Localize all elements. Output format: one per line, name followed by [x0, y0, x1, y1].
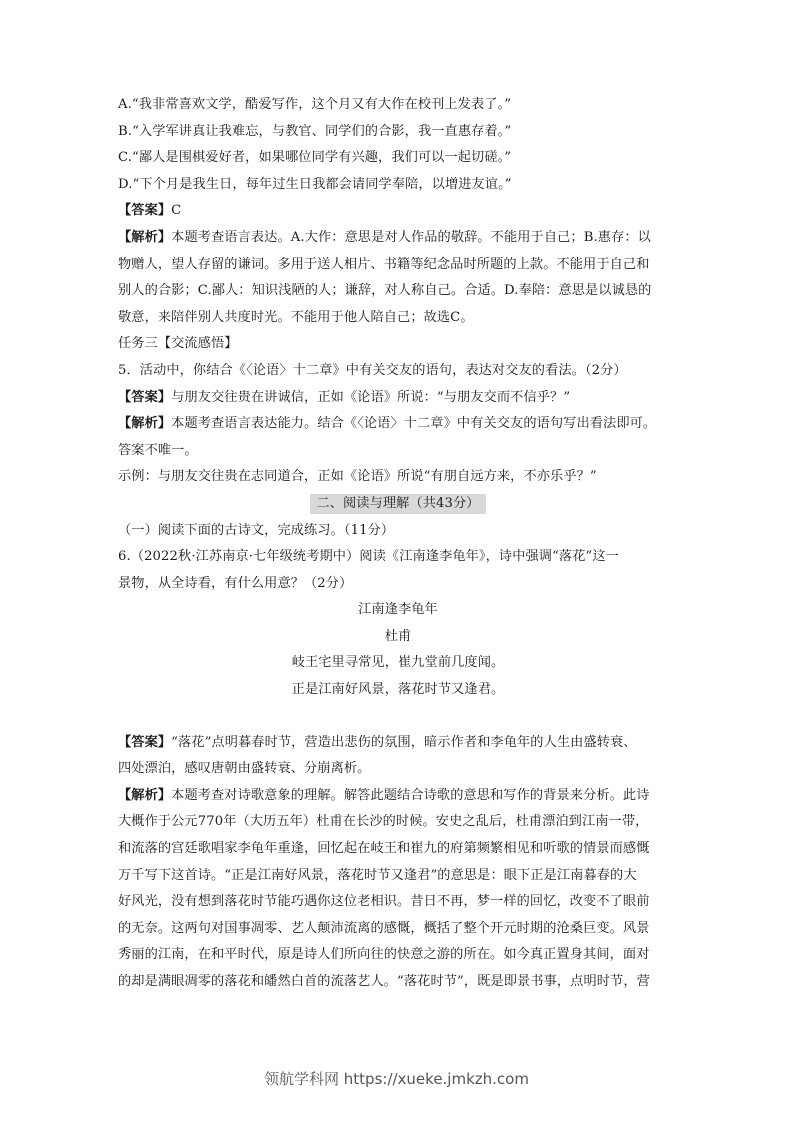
q5-example: 示例：与朋友交往贵在志同道合，正如《论语》所说“有朋自远方来，不亦乐乎？” — [118, 464, 678, 491]
answer-label: 【答案】 — [118, 390, 171, 405]
q6-analysis-line-8: 的却是满眼凋零的落花和皤然白首的流落艺人。“落花时节”，既是即景书事，点明时节，… — [118, 969, 678, 996]
section-heading-row: 二、阅读与理解（共43分） — [118, 491, 678, 518]
section-heading: 二、阅读与理解（共43分） — [310, 494, 485, 514]
q4-analysis-line-4: 敬意，来陪伴别人共度时光。不能用于他人陪自己；故选C。 — [118, 305, 678, 332]
q5-analysis-line-2: 答案不唯一。 — [118, 438, 678, 465]
option-d: D.“下个月是我生日，每年过生日我都会请同学奉陪，以增进友谊。” — [118, 172, 678, 199]
q6-question-line-2: 景物，从全诗看，有什么用意？（2分） — [118, 571, 678, 598]
q6-analysis-line-2: 大概作于公元770年（大历五年）杜甫在长沙的时候。安史之乱后，杜甫漂泊到江南一带… — [118, 809, 678, 836]
q6-analysis-line-1: 【解析】本题考查对诗歌意象的理解。解答此题结合诗歌的意思和写作的背景来分析。此诗 — [118, 783, 678, 810]
analysis-text: 本题考查对诗歌意象的理解。解答此题结合诗歌的意思和写作的背景来分析。此诗 — [171, 788, 649, 803]
analysis-text: 本题考查语言表达。A.大作：意思是对人作品的敬辞。不能用于自己；B.惠存：以 — [171, 230, 651, 245]
poem-line-2: 正是江南好风景，落花时节又逢君。 — [118, 677, 678, 704]
footer-watermark: 领航学科网 https://xueke.jmkzh.com — [0, 1068, 793, 1089]
document-page: A.“我非常喜欢文学，酷爱写作，这个月又有大作在校刊上发表了。” B.“入学军讲… — [118, 92, 678, 996]
poem-line-1: 岐王宅里寻常见，崔九堂前几度闻。 — [118, 650, 678, 677]
q6-question-line-1: 6.（2022秋·江苏南京·七年级统考期中）阅读《江南逢李龟年》，诗中强调“落花… — [118, 544, 678, 571]
option-a: A.“我非常喜欢文学，酷爱写作，这个月又有大作在校刊上发表了。” — [118, 92, 678, 119]
analysis-label: 【解析】 — [118, 230, 171, 245]
answer-text: 与朋友交往贵在讲诚信，正如《论语》所说：“与朋友交而不信乎？” — [171, 390, 570, 405]
q5-question: 5．活动中，你结合《〈论语〉十二章》中有关交友的语句，表达对交友的看法。（2分） — [118, 358, 678, 385]
q6-analysis-line-7: 秀丽的江南，在和平时代，原是诗人们所向往的快意之游的所在。如今真正置身其间，面对 — [118, 942, 678, 969]
q6-analysis-line-3: 和流落的宫廷歌唱家李龟年重逢，回忆起在岐王和崔九的府第频繁相见和听歌的情景而感慨 — [118, 836, 678, 863]
analysis-label: 【解析】 — [118, 788, 171, 803]
poem-title: 江南逢李龟年 — [118, 597, 678, 624]
q5-analysis-line-1: 【解析】本题考查语言表达能力。结合《〈论语〉十二章》中有关交友的语句写出看法即可… — [118, 411, 678, 438]
q4-analysis-line-3: 别人的合影；C.鄙人：知识浅陋的人；谦辞，对人称自己。合适。D.奉陪：意思是以诚… — [118, 278, 678, 305]
analysis-text: 本题考查语言表达能力。结合《〈论语〉十二章》中有关交友的语句写出看法即可。 — [171, 416, 656, 431]
analysis-label: 【解析】 — [118, 416, 171, 431]
task3-title: 任务三【交流感悟】 — [118, 331, 678, 358]
spacer — [118, 704, 678, 730]
q6-answer-line-2: 四处漂泊，感叹唐朝由盛转衰、分崩离析。 — [118, 756, 678, 783]
answer-label: 【答案】 — [118, 203, 171, 218]
q4-analysis-line-2: 物赠人，望人存留的谦词。多用于送人相片、书籍等纪念品时所题的上款。不能用于自己和 — [118, 252, 678, 279]
q6-answer-line-1: 【答案】“落花”点明暮春时节，营造出悲伤的氛围，暗示作者和李龟年的人生由盛转衰、 — [118, 730, 678, 757]
answer-text: C — [171, 203, 181, 218]
q4-answer: 【答案】C — [118, 198, 678, 225]
option-c: C.“鄙人是围棋爱好者，如果哪位同学有兴趣，我们可以一起切磋。” — [118, 145, 678, 172]
q6-analysis-line-6: 的无奈。这两句对国事凋零、艺人颠沛流离的感慨，概括了整个开元时期的沧桑巨变。风景 — [118, 916, 678, 943]
answer-text: “落花”点明暮春时节，营造出悲伤的氛围，暗示作者和李龟年的人生由盛转衰、 — [171, 735, 636, 750]
section-subheading: （一）阅读下面的古诗文，完成练习。（11分） — [118, 518, 678, 545]
answer-label: 【答案】 — [118, 735, 171, 750]
q5-answer: 【答案】与朋友交往贵在讲诚信，正如《论语》所说：“与朋友交而不信乎？” — [118, 385, 678, 412]
poem-author: 杜甫 — [118, 624, 678, 651]
option-b: B.“入学军讲真让我难忘，与教官、同学们的合影，我一直惠存着。” — [118, 119, 678, 146]
q6-analysis-line-5: 好风光，没有想到落花时节能巧遇你这位老相识。昔日不再，梦一样的回忆，改变不了眼前 — [118, 889, 678, 916]
q4-analysis-line-1: 【解析】本题考查语言表达。A.大作：意思是对人作品的敬辞。不能用于自己；B.惠存… — [118, 225, 678, 252]
q6-analysis-line-4: 万千写下这首诗。“正是江南好风景，落花时节又逢君”的意思是：眼下正是江南暮春的大 — [118, 863, 678, 890]
